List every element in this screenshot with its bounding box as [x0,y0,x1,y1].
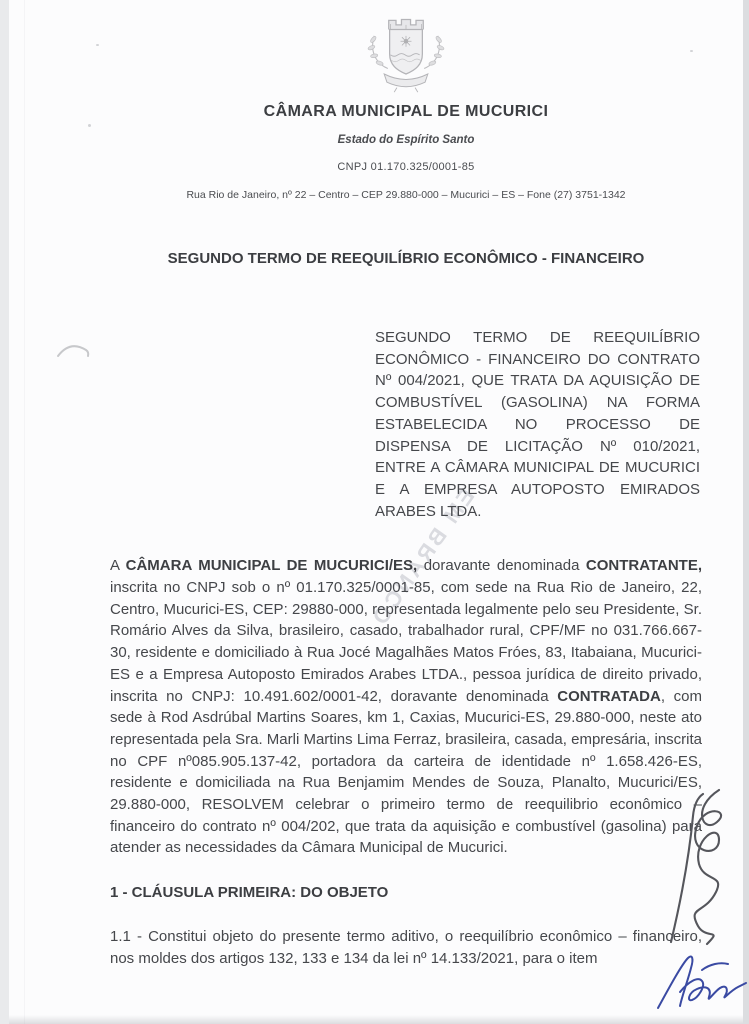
org-state-line: Estado do Espírito Santo [110,134,702,146]
body-text-segment: doravante denominada [417,557,586,574]
body-text-contratante-bold: CONTRATANTE, [586,557,702,574]
org-cnpj-line: CNPJ 01.170.325/0001-85 [110,161,702,173]
scan-edge-left-line [24,0,25,1024]
clause-1-heading: 1 - CLÁUSULA PRIMEIRA: DO OBJETO [110,884,702,901]
body-text-segment: A [110,557,126,574]
clause-1-1-text: 1.1 - Constitui objeto do presente termo… [110,926,702,969]
handwritten-rubric-icon [645,782,745,950]
body-text-segment: inscrita no CNPJ sob o nº 01.170.325/000… [110,579,702,705]
body-text-segment: , com sede à Rod Asdrúbal Martins Soares… [110,688,702,857]
body-paragraph: A CÂMARA MUNICIPAL DE MUCURICI/ES, dorav… [110,555,702,859]
preamble-block: SEGUNDO TERMO DE REEQUILÍBRIO ECONÔMICO … [375,327,700,522]
org-address-line: Rua Rio de Janeiro, nº 22 – Centro – CEP… [110,189,702,201]
scanned-document-page: EM BRANCO [0,0,749,1024]
org-name: CÂMARA MUNICIPAL DE MUCURICI [110,103,702,121]
document-content: CÂMARA MUNICIPAL DE MUCURICI Estado do E… [110,0,702,985]
scan-speck [96,44,99,46]
body-text-contratada-bold: CONTRATADA [557,688,661,705]
document-title: SEGUNDO TERMO DE REEQUILÍBRIO ECONÔMICO … [110,250,702,267]
scan-edge-bottom-shadow [9,1015,743,1024]
municipal-coat-of-arms-icon [360,14,452,94]
faint-pen-arc-icon [52,338,98,372]
scan-edge-left [0,0,9,1024]
scan-speck [88,124,91,127]
body-text-org-bold: CÂMARA MUNICIPAL DE MUCURICI/ES, [126,557,418,574]
handwritten-signature-blue-icon [650,950,749,1016]
